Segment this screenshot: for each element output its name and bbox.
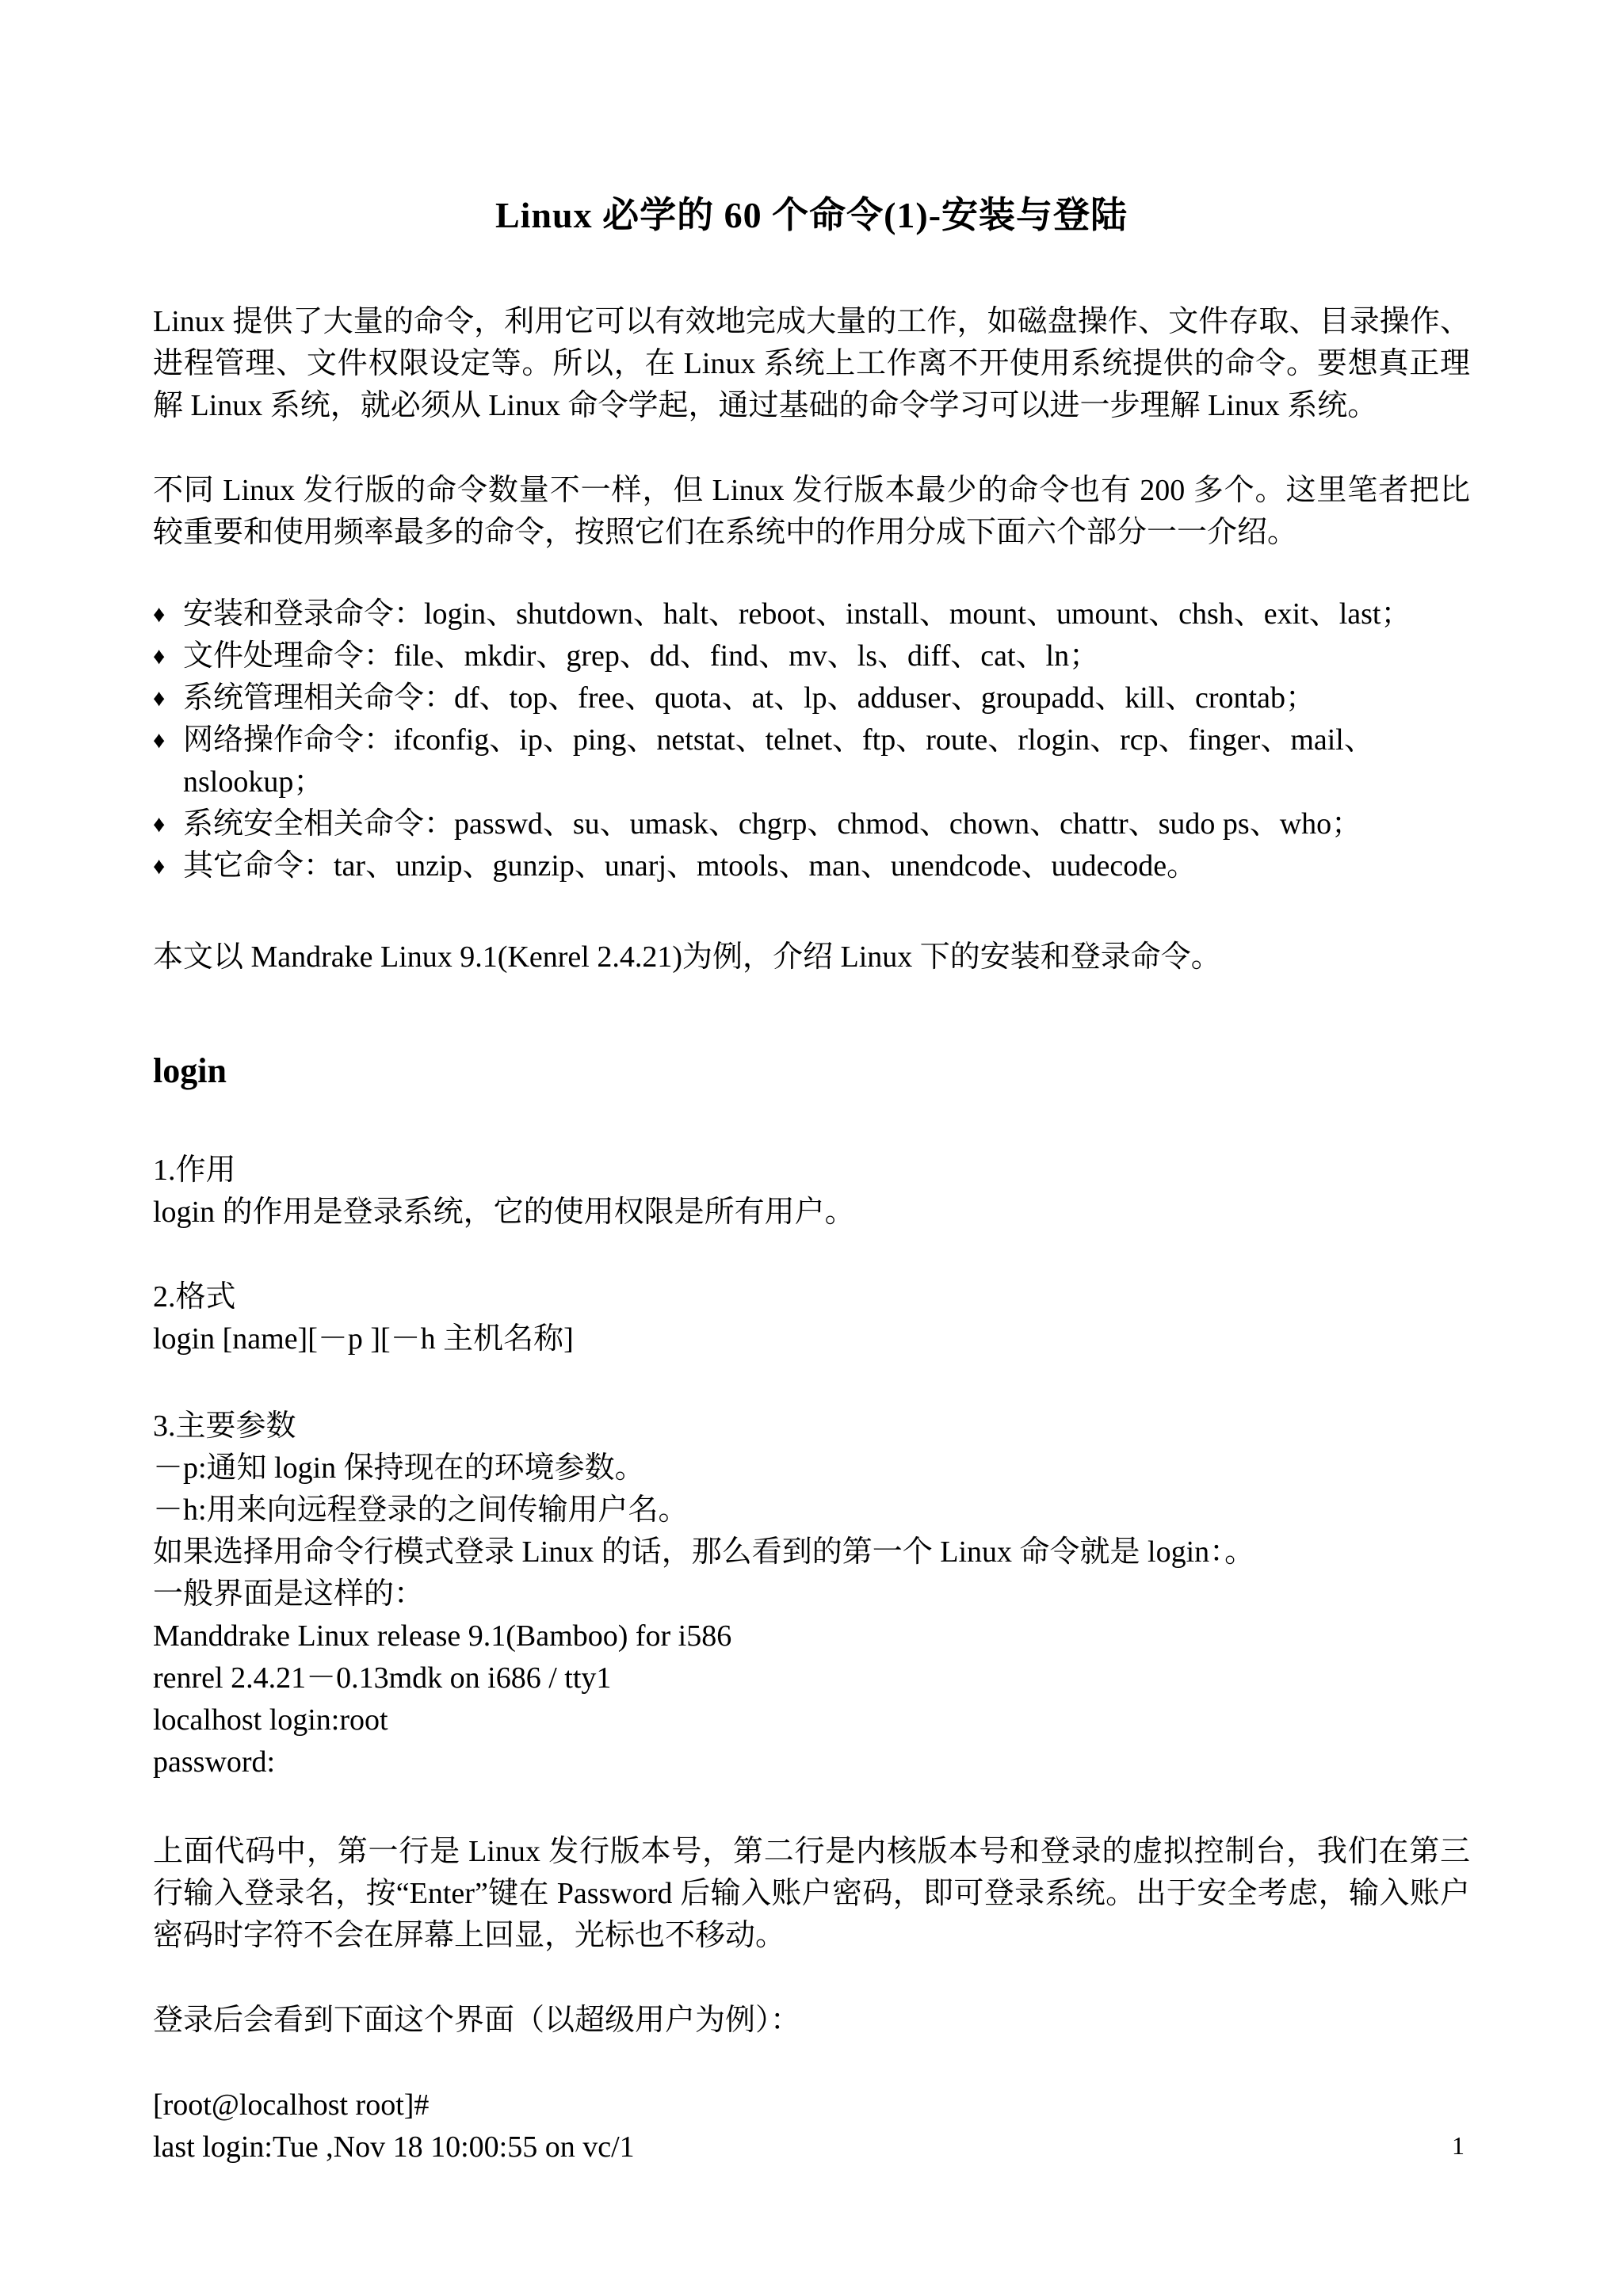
list-item-text: 文件处理命令：file、mkdir、grep、dd、find、mv、ls、dif… xyxy=(183,635,1470,677)
list-item: ♦ 网络操作命令：ifconfig、ip、ping、netstat、telnet… xyxy=(153,719,1470,803)
document-page: Linux 必学的 60 个命令(1)-安装与登陆 Linux 提供了大量的命令… xyxy=(0,0,1623,2296)
section-heading-login: login xyxy=(153,1048,1470,1094)
explain-paragraph: 上面代码中，第一行是 Linux 发行版本号，第二行是内核版本号和登录的虚拟控制… xyxy=(153,1831,1470,1957)
console-line: last login:Tue ,Nov 18 10:00:55 on vc/1 xyxy=(153,2126,1470,2168)
purpose-body: login 的作用是登录系统，它的使用权限是所有用户。 xyxy=(153,1192,1470,1234)
document-content: Linux 必学的 60 个命令(1)-安装与登陆 Linux 提供了大量的命令… xyxy=(153,0,1470,2168)
console-line: localhost login:root xyxy=(153,1699,1470,1741)
list-item-text: 系统安全相关命令：passwd、su、umask、chgrp、chmod、cho… xyxy=(183,803,1470,845)
list-item-text: 网络操作命令：ifconfig、ip、ping、netstat、telnet、f… xyxy=(183,719,1470,803)
list-item-text: 系统管理相关命令：df、top、free、quota、at、lp、adduser… xyxy=(183,677,1470,719)
diamond-bullet-icon: ♦ xyxy=(153,845,183,887)
diamond-bullet-icon: ♦ xyxy=(153,803,183,845)
list-item: ♦ 安装和登录命令：login、shutdown、halt、reboot、ins… xyxy=(153,593,1470,635)
parameter-line: 一般界面是这样的： xyxy=(153,1573,1470,1615)
console-line: password: xyxy=(153,1741,1470,1783)
console-line: renrel 2.4.21－0.13mdk on i686 / tty1 xyxy=(153,1657,1470,1699)
list-item: ♦ 文件处理命令：file、mkdir、grep、dd、find、mv、ls、d… xyxy=(153,635,1470,677)
diamond-bullet-icon: ♦ xyxy=(153,593,183,635)
list-item: ♦ 系统管理相关命令：df、top、free、quota、at、lp、addus… xyxy=(153,677,1470,719)
list-item: ♦ 其它命令：tar、unzip、gunzip、unarj、mtools、man… xyxy=(153,845,1470,887)
after-login-paragraph: 登录后会看到下面这个界面（以超级用户为例）： xyxy=(153,2000,1470,2042)
subsection-format: 2.格式 login [name][－p ][－h 主机名称] xyxy=(153,1276,1470,1360)
intro-paragraph-1: Linux 提供了大量的命令，利用它可以有效地完成大量的工作，如磁盘操作、文件存… xyxy=(153,301,1470,427)
page-number: 1 xyxy=(1452,2130,1465,2161)
subsection-parameters: 3.主要参数 －p:通知 login 保持现在的环境参数。 －h:用来向远程登录… xyxy=(153,1405,1470,1783)
diamond-bullet-icon: ♦ xyxy=(153,635,183,677)
parameter-line: －p:通知 login 保持现在的环境参数。 xyxy=(153,1447,1470,1489)
subsection-heading-parameters: 3.主要参数 xyxy=(153,1405,1470,1447)
list-item-text: 安装和登录命令：login、shutdown、halt、reboot、insta… xyxy=(183,593,1470,635)
subsection-heading-format: 2.格式 xyxy=(153,1276,1470,1318)
diamond-bullet-icon: ♦ xyxy=(153,719,183,761)
intro-paragraph-2: 不同 Linux 发行版的命令数量不一样，但 Linux 发行版本最少的命令也有… xyxy=(153,470,1470,554)
list-item: ♦ 系统安全相关命令：passwd、su、umask、chgrp、chmod、c… xyxy=(153,803,1470,845)
example-note: 本文以 Mandrake Linux 9.1(Kenrel 2.4.21)为例，… xyxy=(153,936,1470,978)
parameter-line: 如果选择用命令行模式登录 Linux 的话，那么看到的第一个 Linux 命令就… xyxy=(153,1531,1470,1573)
list-item-text: 其它命令：tar、unzip、gunzip、unarj、mtools、man、u… xyxy=(183,845,1470,887)
console-line: Manddrake Linux release 9.1(Bamboo) for … xyxy=(153,1615,1470,1657)
command-category-list: ♦ 安装和登录命令：login、shutdown、halt、reboot、ins… xyxy=(153,593,1470,887)
console-example-2: [root@localhost root]# last login:Tue ,N… xyxy=(153,2084,1470,2168)
page-title: Linux 必学的 60 个命令(1)-安装与登陆 xyxy=(153,190,1470,241)
console-line: [root@localhost root]# xyxy=(153,2084,1470,2126)
subsection-purpose: 1.作用 login 的作用是登录系统，它的使用权限是所有用户。 xyxy=(153,1150,1470,1234)
diamond-bullet-icon: ♦ xyxy=(153,677,183,719)
subsection-heading-purpose: 1.作用 xyxy=(153,1150,1470,1192)
format-body: login [name][－p ][－h 主机名称] xyxy=(153,1318,1470,1360)
parameter-line: －h:用来向远程登录的之间传输用户名。 xyxy=(153,1489,1470,1531)
